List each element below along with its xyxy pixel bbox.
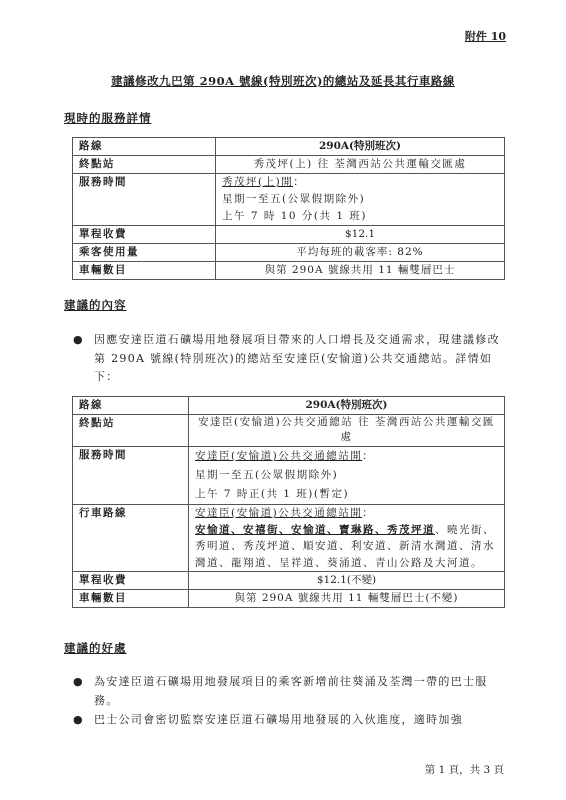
row-label: 乘客使用量: [73, 244, 216, 262]
colon: ：: [362, 507, 374, 519]
row-label: 終點站: [73, 156, 216, 174]
table-row: 終點站 秀茂坪(上) 往 荃灣西站公共運輸交匯處: [73, 156, 505, 174]
table-row: 服務時間 安達臣(安愉道)公共交通總站開： 星期一至五(公眾假期除外) 上午 7…: [73, 447, 505, 505]
route-value: 290A(特別班次): [216, 138, 505, 156]
row-label: 路線: [73, 138, 216, 156]
bullet-text: 巴士公司會密切監察安達臣道石礦場用地發展的入伙進度，適時加強: [94, 713, 463, 726]
bullet-icon: ●: [73, 711, 84, 730]
annex-label: 附件 10: [465, 28, 506, 44]
current-service-heading: 現時的服務詳情: [64, 110, 152, 126]
departure-point: 安達臣(安愉道)公共交通總站開: [195, 450, 362, 462]
fleet-value: 與第 290A 號線共用 11 輛雙層巴士(不變): [189, 590, 505, 608]
service-days: 星期一至五(公眾假期除外): [222, 191, 498, 208]
bullet-icon: ●: [73, 673, 84, 692]
benefit-bullet: ● 巴士公司會密切監察安達臣道石礦場用地發展的入伙進度，適時加強: [94, 711, 514, 730]
service-hours-value: 安達臣(安愉道)公共交通總站開： 星期一至五(公眾假期除外) 上午 7 時正(共…: [189, 447, 505, 505]
page-indicator: 第 1 頁，共 3 頁: [425, 762, 504, 777]
row-label: 終點站: [73, 415, 189, 447]
bullet-text: 因應安達臣道石礦場用地發展項目帶來的人口增長及交通需求，現建議修改第 290A …: [94, 333, 500, 383]
table-row: 路線 290A(特別班次): [73, 397, 505, 415]
departure-time: 上午 7 時 10 分(共 1 班): [222, 208, 498, 225]
routing-value: 安達臣(安愉道)公共交通總站開： 安愉道、安禧街、安愉道、寶琳路、秀茂坪道、曉光…: [189, 505, 505, 572]
row-label: 車輛數目: [73, 262, 216, 280]
route-value: 290A(特別班次): [189, 397, 505, 415]
table-row: 路線 290A(特別班次): [73, 138, 505, 156]
bullet-icon: ●: [73, 331, 84, 350]
bullet-text: 為安達臣道石礦場用地發展項目的乘客新增前往葵涌及荃灣一帶的巴士服務。: [94, 675, 488, 707]
table-row: 乘客使用量 平均每班的載客率: 82%: [73, 244, 505, 262]
document-title: 建議修改九巴第 290A 號線(特別班次)的總站及延長其行車路線: [0, 73, 566, 89]
fare-value: $12.1: [216, 226, 505, 244]
row-label: 單程收費: [73, 226, 216, 244]
table-row: 行車路線 安達臣(安愉道)公共交通總站開： 安愉道、安禧街、安愉道、寶琳路、秀茂…: [73, 505, 505, 572]
benefit-bullet: ● 為安達臣道石礦場用地發展項目的乘客新增前往葵涌及荃灣一帶的巴士服務。: [94, 673, 504, 710]
table-row: 車輛數目 與第 290A 號線共用 11 輛雙層巴士: [73, 262, 505, 280]
service-hours-value: 秀茂坪(上)開： 星期一至五(公眾假期除外) 上午 7 時 10 分(共 1 班…: [216, 174, 505, 226]
proposal-heading: 建議的內容: [64, 297, 127, 313]
row-label: 車輛數目: [73, 590, 189, 608]
new-route-section: 安愉道、安禧街、安愉道、寶琳路、秀茂坪道: [195, 524, 435, 536]
departure-point: 安達臣(安愉道)公共交通總站開: [195, 507, 362, 519]
table-row: 單程收費 $12.1(不變): [73, 572, 505, 590]
table-row: 服務時間 秀茂坪(上)開： 星期一至五(公眾假期除外) 上午 7 時 10 分(…: [73, 174, 505, 226]
service-days: 星期一至五(公眾假期除外): [195, 466, 498, 485]
row-label: 行車路線: [73, 505, 189, 572]
row-label: 服務時間: [73, 447, 189, 505]
departure-time: 上午 7 時正(共 1 班)(暫定): [195, 485, 498, 504]
row-label: 服務時間: [73, 174, 216, 226]
table-row: 終點站 安達臣(安愉道)公共交通總站 往 荃灣西站公共運輸交匯處: [73, 415, 505, 447]
patronage-value: 平均每班的載客率: 82%: [216, 244, 505, 262]
fare-value: $12.1(不變): [189, 572, 505, 590]
table-row: 車輛數目 與第 290A 號線共用 11 輛雙層巴士(不變): [73, 590, 505, 608]
proposal-bullet: ● 因應安達臣道石礦場用地發展項目帶來的人口增長及交通需求，現建議修改第 290…: [94, 331, 504, 387]
row-label: 單程收費: [73, 572, 189, 590]
table-row: 單程收費 $12.1: [73, 226, 505, 244]
row-label: 路線: [73, 397, 189, 415]
terminus-value: 安達臣(安愉道)公共交通總站 往 荃灣西站公共運輸交匯處: [189, 415, 505, 447]
current-service-table: 路線 290A(特別班次) 終點站 秀茂坪(上) 往 荃灣西站公共運輸交匯處 服…: [72, 137, 505, 280]
benefits-heading: 建議的好處: [64, 640, 127, 656]
colon: ：: [362, 450, 374, 462]
departure-point: 秀茂坪(上)開: [222, 176, 293, 188]
colon: ：: [293, 176, 305, 188]
proposed-service-table: 路線 290A(特別班次) 終點站 安達臣(安愉道)公共交通總站 往 荃灣西站公…: [72, 396, 505, 608]
fleet-value: 與第 290A 號線共用 11 輛雙層巴士: [216, 262, 505, 280]
terminus-value: 秀茂坪(上) 往 荃灣西站公共運輸交匯處: [216, 156, 505, 174]
